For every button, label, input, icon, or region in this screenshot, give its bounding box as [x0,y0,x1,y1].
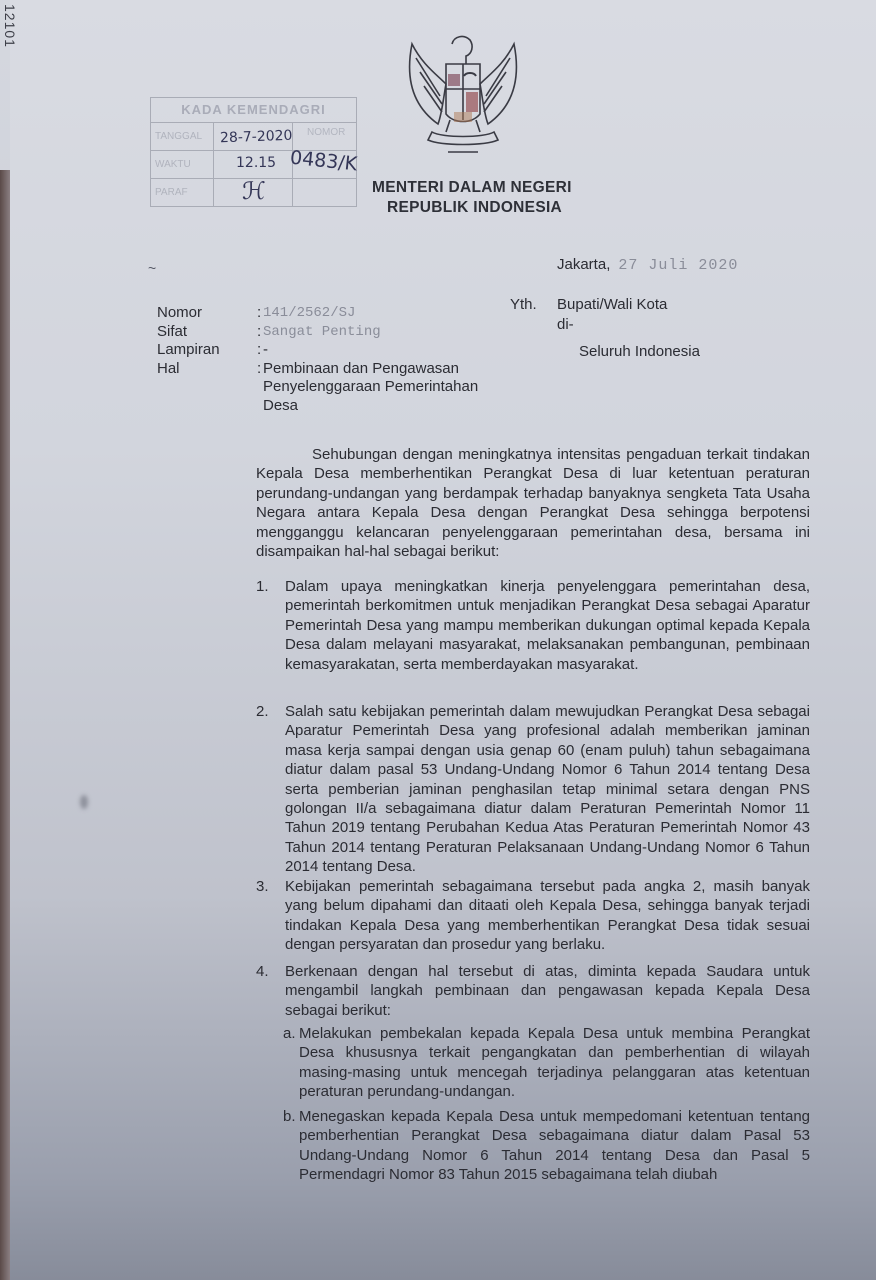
recipient-line3: Seluruh Indonesia [579,342,700,361]
item-number: 4. [256,962,285,1020]
stamp-title: KADA KEMENDAGRI [151,98,356,123]
meta-row-sifat: Sifat : Sangat Penting [157,323,483,342]
subitem-letter: b. [283,1107,299,1185]
stamp-time-handwritten: 12.15 [236,155,276,171]
item-number: 3. [256,877,285,955]
letterhead-line2: REPUBLIK INDONESIA [372,198,572,218]
item-text: Kebijakan pemerintah sebagaimana tersebu… [285,877,810,955]
stamp-label: TANGGAL [151,123,214,150]
item-number: 1. [256,577,285,674]
subitem-text: Menegaskan kepada Kepala Desa untuk memp… [299,1107,810,1185]
stray-mark: ~ [148,260,156,276]
meta-value-lampiran: - [261,341,268,360]
garuda-emblem-icon [402,24,524,164]
meta-row-nomor: Nomor : 141/2562/SJ [157,304,483,323]
numbered-item: 4. Berkenaan dengan hal tersebut di atas… [256,962,810,1020]
meta-label: Lampiran [157,341,257,360]
place-date: Jakarta,27 Juli 2020 [557,256,738,274]
stamp-label: WAKTU [151,151,214,178]
meta-value-nomor: 141/2562/SJ [261,304,355,323]
paper-smudge [80,795,88,809]
recipient-line2: di- [557,315,574,334]
letterhead-line1: MENTERI DALAM NEGERI [372,178,572,198]
meta-label: Hal [157,360,257,416]
meta-label: Sifat [157,323,257,342]
meta-row-hal: Hal : Pembinaan dan Pengawasan Penyeleng… [157,360,483,416]
item-text: Salah satu kebijakan pemerintah dalam me… [285,702,810,877]
meta-value-sifat: Sangat Penting [261,323,381,342]
numbered-item: 1. Dalam upaya meningkatkan kinerja peny… [256,577,810,674]
lettered-subitem: a. Melakukan pembekalan kepada Kepala De… [283,1024,810,1102]
margin-note: 12101 [2,4,18,48]
stamp-initial-handwritten: ℋ [242,177,266,205]
letter-meta: Nomor : 141/2562/SJ Sifat : Sangat Penti… [157,304,483,415]
item-text: Berkenaan dengan hal tersebut di atas, d… [285,962,810,1020]
stamp-right-label: NOMOR [307,127,345,138]
meta-label: Nomor [157,304,257,323]
item-text: Dalam upaya meningkatkan kinerja penyele… [285,577,810,674]
item-number: 2. [256,702,285,877]
recipient-line1: Bupati/Wali Kota [557,295,667,314]
stamp-label: PARAF [151,179,214,206]
numbered-item: 2. Salah satu kebijakan pemerintah dalam… [256,702,810,877]
subitem-text: Melakukan pembekalan kepada Kepala Desa … [299,1024,810,1102]
meta-value-hal: Pembinaan dan Pengawasan Penyelenggaraan… [261,360,483,416]
stamp-row-initial: PARAF ℋ [151,179,356,206]
stamp-date-handwritten: 28-7-2020 [220,128,293,147]
page-edge-shadow [0,170,10,1280]
meta-row-lampiran: Lampiran : - [157,341,483,360]
recipient-salutation: Yth. [510,295,537,314]
letter-place: Jakarta, [557,256,610,273]
lettered-subitem: b. Menegaskan kepada Kepala Desa untuk m… [283,1107,810,1185]
letter-date: 27 Juli 2020 [618,257,738,274]
intro-paragraph: Sehubungan dengan meningkatnya intensita… [256,445,810,561]
ministry-letterhead: MENTERI DALAM NEGERI REPUBLIK INDONESIA [372,178,572,218]
stamp-row-date: TANGGAL 28-7-2020 NOMOR [151,123,356,151]
subitem-letter: a. [283,1024,299,1102]
numbered-item: 3. Kebijakan pemerintah sebagaimana ters… [256,877,810,955]
